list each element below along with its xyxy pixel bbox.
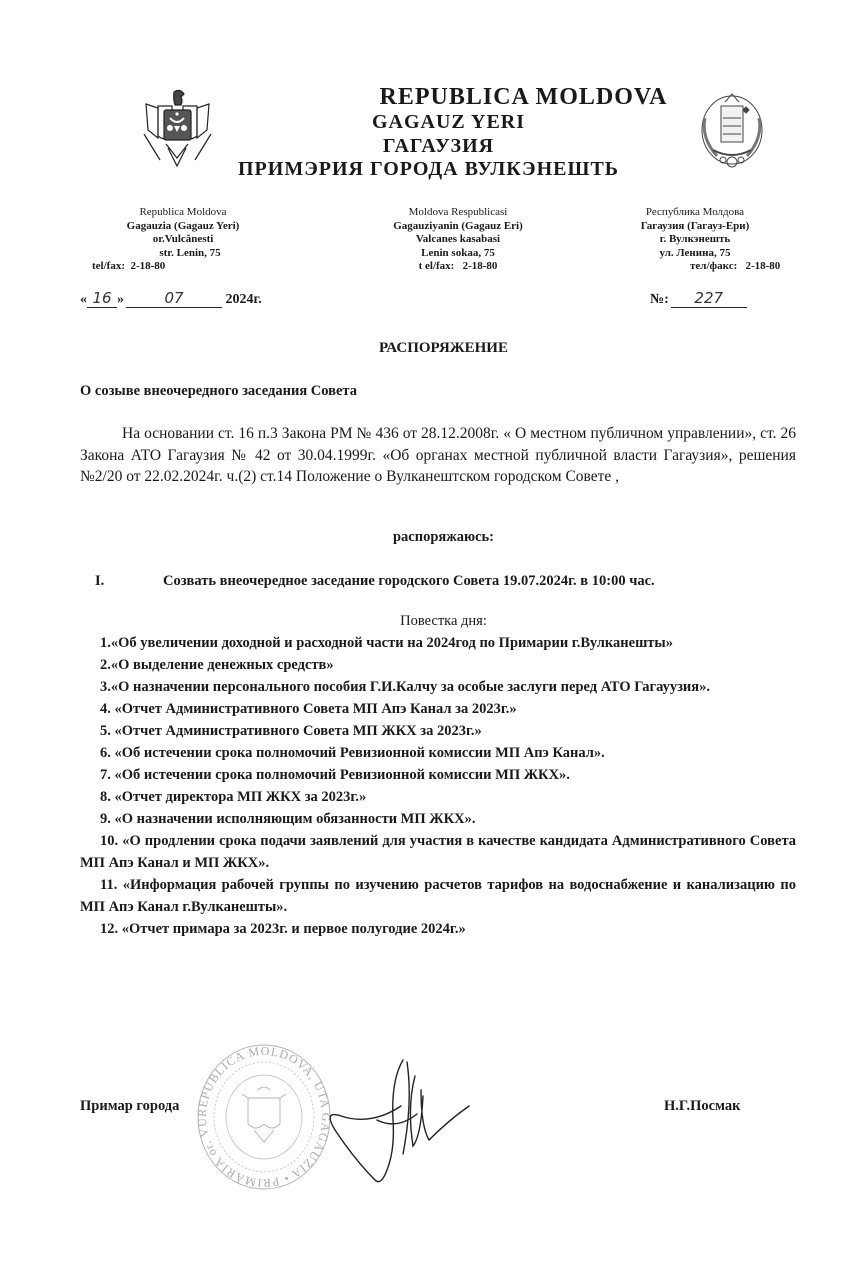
agenda-item: 7. «Об истечении срока полномочий Ревизи… [80,764,796,786]
header-region-russian: ГАГАУЗИЯ [10,135,857,158]
document-subject: О созыве внеочередного заседания Совета [80,383,357,400]
agenda-item: 8. «Отчет директора МП ЖКХ за 2023г.» [80,786,796,808]
date-month: 07 [126,289,222,308]
handwritten-signature [285,1050,465,1200]
agenda-item: 12. «Отчет примара за 2023г. и первое по… [80,918,796,940]
document-number: №:227 [650,289,747,308]
address-line: or.Vulcănesti [118,233,248,247]
agenda-item: 11. «Информация рабочей группы по изучен… [80,874,796,918]
order-item: I.Созвать внеочередное заседание городск… [95,573,655,590]
signatory-name: Н.Г.Посмак [664,1098,740,1115]
agenda-item: 4. «Отчет Административного Совета МП Ап… [80,698,796,720]
header-institution: ПРИМЭРИЯ ГОРОДА ВУЛКЭНЕШТЬ [0,158,857,181]
header-region-gagauz: GAGAUZ YERI [20,111,857,134]
address-phone: тел/факс: 2-18-80 [630,260,760,274]
signature-label: Примар города [80,1098,179,1115]
address-line: г. Вулкэнешть [630,233,760,247]
legal-basis-text: На основании ст. 16 п.3 Закона РМ № 436 … [80,425,796,485]
agenda-item: 3.«О назначении персонального пособия Г.… [80,676,796,698]
legal-basis-paragraph: На основании ст. 16 п.3 Закона РМ № 436 … [80,423,796,488]
agenda-item: 5. «Отчет Административного Совета МП ЖК… [80,720,796,742]
document-title: РАСПОРЯЖЕНИЕ [0,340,857,357]
address-line: str. Lenin, 75 [118,247,248,261]
address-line: Moldova Respublicasi [388,206,528,220]
quote-open: « [80,292,87,307]
address-line: Valcanes kasabasi [388,233,528,247]
address-line: Gagauzia (Gagauz Yeri) [118,220,248,234]
document-date: «16»07 2024г. [80,289,262,308]
address-romanian: Republica Moldova Gagauzia (Gagauz Yeri)… [118,206,248,274]
address-line: Republica Moldova [118,206,248,220]
agenda-list: 1.«Об увеличении доходной и расходной ча… [80,632,796,940]
address-line: Гагаузия (Гагауз-Ери) [630,220,760,234]
agenda-item: 10. «О продлении срока подачи заявлений … [80,830,796,874]
agenda-item: 1.«Об увеличении доходной и расходной ча… [80,632,796,654]
address-russian: Республика Молдова Гагаузия (Гагауз-Ери)… [630,206,760,274]
address-line: Lenin sokaa, 75 [388,247,528,261]
address-line: ул. Ленина, 75 [630,247,760,261]
agenda-item: 6. «Об истечении срока полномочий Ревизи… [80,742,796,764]
agenda-title: Повестка дня: [0,613,857,630]
number-value: 227 [671,289,747,308]
order-item-text: Созвать внеочередное заседание городског… [163,573,655,589]
header-country: REPUBLICA MOLDOVA [95,84,857,111]
address-phone: tel/fax: 2-18-80 [92,260,248,274]
quote-close: » [117,292,124,307]
address-line: Республика Молдова [630,206,760,220]
address-line: Gagauziyanin (Gagauz Eri) [388,220,528,234]
order-item-number: I. [95,573,163,590]
address-gagauz: Moldova Respublicasi Gagauziyanin (Gagau… [388,206,528,274]
agenda-item: 9. «О назначении исполняющим обязанности… [80,808,796,830]
date-year: 2024г. [226,292,262,307]
agenda-item: 2.«О выделение денежных средств» [80,654,796,676]
decree-word: распоряжаюсь: [0,529,857,546]
number-label: №: [650,292,669,307]
address-phone: t el/fax: 2-18-80 [388,260,528,274]
date-day: 16 [87,289,117,308]
